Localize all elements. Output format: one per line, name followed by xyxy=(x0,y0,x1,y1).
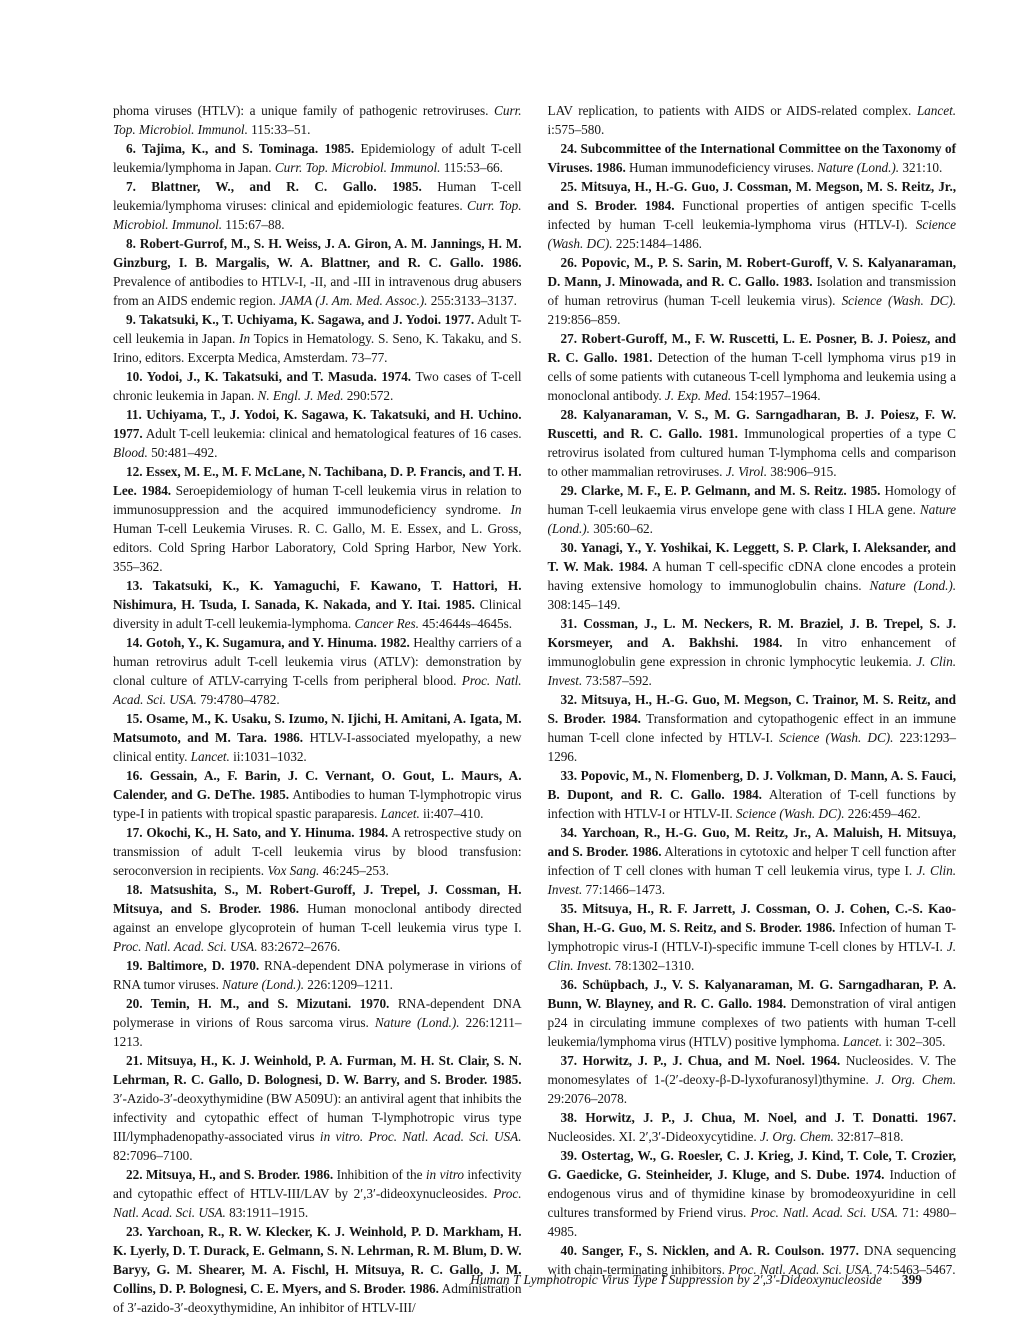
reference-authors-year: 6. Tajima, K., and S. Tominaga. 1985. xyxy=(126,141,354,156)
reference-authors-year: 40. Sanger, F., S. Nicklen, and A. R. Co… xyxy=(561,1243,859,1258)
reference-journal-or-emphasis: In xyxy=(511,502,522,517)
reference-item: 28. Kalyanaraman, V. S., M. G. Sarngadha… xyxy=(548,405,957,481)
reference-item: 39. Ostertag, W., G. Roesler, C. J. Krie… xyxy=(548,1146,957,1241)
reference-authors-year: 20. Temin, H. M., and S. Mizutani. 1970. xyxy=(126,996,389,1011)
reference-item: 26. Popovic, M., P. S. Sarin, M. Robert-… xyxy=(548,253,957,329)
reference-text: Inhibition of the xyxy=(333,1167,426,1182)
reference-continuation: LAV replication, to patients with AIDS o… xyxy=(548,101,957,139)
reference-authors-year: 21. Mitsuya, H., K. J. Weinhold, P. A. F… xyxy=(113,1053,522,1087)
reference-text: 82:7096–7100. xyxy=(113,1148,193,1163)
reference-authors-year: 22. Mitsuya, H., and S. Broder. 1986. xyxy=(126,1167,333,1182)
reference-journal-or-emphasis: Science (Wash. DC). xyxy=(842,293,956,308)
reference-journal-or-emphasis: Proc. Natl. Acad. Sci. USA. xyxy=(750,1205,898,1220)
reference-item: 36. Schüpbach, J., V. S. Kalyanaraman, M… xyxy=(548,975,957,1051)
reference-text: LAV replication, to patients with AIDS o… xyxy=(548,103,917,118)
reference-journal-or-emphasis: JAMA (J. Am. Med. Assoc.). xyxy=(279,293,427,308)
reference-item: 29. Clarke, M. F., E. P. Gelmann, and M.… xyxy=(548,481,957,538)
reference-authors-year: 9. Takatsuki, K., T. Uchiyama, K. Sagawa… xyxy=(126,312,474,327)
reference-item: 20. Temin, H. M., and S. Mizutani. 1970.… xyxy=(113,994,522,1051)
reference-item: 34. Yarchoan, R., H.-G. Guo, M. Reitz, J… xyxy=(548,823,957,899)
reference-text: ii:407–410. xyxy=(420,806,484,821)
running-title: Human T Lymphotropic Virus Type I Suppre… xyxy=(470,1271,882,1289)
reference-authors-year: 8. Robert-Gurrof, M., S. H. Weiss, J. A.… xyxy=(113,236,522,270)
reference-text: Seroepidemiology of human T-cell leukemi… xyxy=(113,483,522,517)
reference-text: 78:1302–1310. xyxy=(611,958,694,973)
reference-journal-or-emphasis: J. Org. Chem. xyxy=(760,1129,834,1144)
reference-item: 37. Horwitz, J. P., J. Chua, and M. Noel… xyxy=(548,1051,957,1108)
reference-text: i: 302–305. xyxy=(882,1034,945,1049)
page-footer: Human T Lymphotropic Virus Type I Suppre… xyxy=(113,1271,922,1289)
reference-item: 35. Mitsuya, H., R. F. Jarrett, J. Cossm… xyxy=(548,899,957,975)
reference-columns: phoma viruses (HTLV): a unique family of… xyxy=(113,101,956,1317)
reference-item: 33. Popovic, M., N. Flomenberg, D. J. Vo… xyxy=(548,766,957,823)
reference-journal-or-emphasis: In xyxy=(239,331,250,346)
reference-journal-or-emphasis: Vox Sang. xyxy=(267,863,319,878)
reference-journal-or-emphasis: Lancet. xyxy=(191,749,230,764)
reference-text: 73:587–592. xyxy=(582,673,652,688)
reference-text: 321:10. xyxy=(899,160,942,175)
reference-journal-or-emphasis: Lancet. xyxy=(917,103,956,118)
reference-authors-year: 17. Okochi, K., H. Sato, and Y. Hinuma. … xyxy=(126,825,388,840)
reference-authors-year: 19. Baltimore, D. 1970. xyxy=(126,958,259,973)
references-page: phoma viruses (HTLV): a unique family of… xyxy=(113,101,956,1317)
reference-item: 11. Uchiyama, T., J. Yodoi, K. Sagawa, K… xyxy=(113,405,522,462)
reference-text: 45:4644s–4645s. xyxy=(419,616,512,631)
reference-journal-or-emphasis: Science (Wash. DC). xyxy=(779,730,893,745)
reference-item: 18. Matsushita, S., M. Robert-Guroff, J.… xyxy=(113,880,522,956)
reference-text: i:575–580. xyxy=(548,122,605,137)
reference-journal-or-emphasis: Nature (Lond.). xyxy=(222,977,304,992)
reference-item: 23. Yarchoan, R., R. W. Klecker, K. J. W… xyxy=(113,1222,522,1317)
reference-item: 30. Yanagi, Y., Y. Yoshikai, K. Leggett,… xyxy=(548,538,957,614)
reference-text: 29:2076–2078. xyxy=(548,1091,628,1106)
reference-text: 226:459–462. xyxy=(845,806,921,821)
reference-journal-or-emphasis: J. Virol. xyxy=(726,464,767,479)
reference-journal-or-emphasis: Lancet. xyxy=(843,1034,882,1049)
reference-item: 15. Osame, M., K. Usaku, S. Izumo, N. Ij… xyxy=(113,709,522,766)
reference-text: 226:1209–1211. xyxy=(304,977,393,992)
reference-item: 31. Cossman, J., L. M. Neckers, R. M. Br… xyxy=(548,614,957,690)
reference-text: 115:67–88. xyxy=(222,217,285,232)
reference-text: ii:1031–1032. xyxy=(230,749,307,764)
left-column: phoma viruses (HTLV): a unique family of… xyxy=(113,101,522,1317)
reference-item: 6. Tajima, K., and S. Tominaga. 1985. Ep… xyxy=(113,139,522,177)
reference-text: 290:572. xyxy=(343,388,393,403)
reference-item: 16. Gessain, A., F. Barin, J. C. Vernant… xyxy=(113,766,522,823)
reference-text: Nucleosides. XI. 2′,3′-Dideoxycytidine. xyxy=(548,1129,760,1144)
reference-item: 19. Baltimore, D. 1970. RNA-dependent DN… xyxy=(113,956,522,994)
reference-item: 8. Robert-Gurrof, M., S. H. Weiss, J. A.… xyxy=(113,234,522,310)
reference-item: 24. Subcommittee of the International Co… xyxy=(548,139,957,177)
reference-journal-or-emphasis: J. Org. Chem. xyxy=(875,1072,956,1087)
reference-item: 9. Takatsuki, K., T. Uchiyama, K. Sagawa… xyxy=(113,310,522,367)
reference-text: 219:856–859. xyxy=(548,312,621,327)
reference-item: 25. Mitsuya, H., H.-G. Guo, J. Cossman, … xyxy=(548,177,957,253)
reference-text: phoma viruses (HTLV): a unique family of… xyxy=(113,103,494,118)
reference-text: 50:481–492. xyxy=(148,445,218,460)
reference-item: 7. Blattner, W., and R. C. Gallo. 1985. … xyxy=(113,177,522,234)
reference-item: 21. Mitsuya, H., K. J. Weinhold, P. A. F… xyxy=(113,1051,522,1165)
page-number: 399 xyxy=(902,1271,922,1289)
reference-text: Human immunodeficiency viruses. xyxy=(626,160,817,175)
reference-text: 83:1911–1915. xyxy=(226,1205,308,1220)
reference-text: 83:2672–2676. xyxy=(258,939,341,954)
reference-journal-or-emphasis: Nature (Lond.). xyxy=(375,1015,460,1030)
reference-continuation: phoma viruses (HTLV): a unique family of… xyxy=(113,101,522,139)
reference-journal-or-emphasis: Proc. Natl. Acad. Sci. USA. xyxy=(113,939,258,954)
reference-text: 79:4780–4782. xyxy=(197,692,280,707)
reference-authors-year: 38. Horwitz, J. P., J. Chua, M. Noel, an… xyxy=(561,1110,957,1125)
reference-journal-or-emphasis: Blood. xyxy=(113,445,148,460)
reference-text: 38:906–915. xyxy=(767,464,837,479)
reference-authors-year: 7. Blattner, W., and R. C. Gallo. 1985. xyxy=(126,179,422,194)
right-column: LAV replication, to patients with AIDS o… xyxy=(548,101,957,1279)
reference-authors-year: 14. Gotoh, Y., K. Sugamura, and Y. Hinum… xyxy=(126,635,410,650)
reference-journal-or-emphasis: in vitro xyxy=(426,1167,464,1182)
reference-item: 27. Robert-Guroff, M., F. W. Ruscetti, L… xyxy=(548,329,957,405)
reference-item: 10. Yodoi, J., K. Takatsuki, and T. Masu… xyxy=(113,367,522,405)
reference-text: 77:1466–1473. xyxy=(582,882,665,897)
reference-item: 13. Takatsuki, K., K. Yamaguchi, F. Kawa… xyxy=(113,576,522,633)
reference-text: 154:1957–1964. xyxy=(731,388,820,403)
reference-authors-year: 13. Takatsuki, K., K. Yamaguchi, F. Kawa… xyxy=(113,578,522,612)
reference-journal-or-emphasis: Science (Wash. DC). xyxy=(736,806,845,821)
reference-text: 225:1484–1486. xyxy=(613,236,702,251)
reference-text: 308:145–149. xyxy=(548,597,621,612)
reference-journal-or-emphasis: Lancet. xyxy=(381,806,420,821)
reference-authors-year: 29. Clarke, M. F., E. P. Gelmann, and M.… xyxy=(561,483,881,498)
reference-journal-or-emphasis: Curr. Top. Microbiol. Immunol. xyxy=(275,160,441,175)
reference-item: 17. Okochi, K., H. Sato, and Y. Hinuma. … xyxy=(113,823,522,880)
reference-journal-or-emphasis: J. Exp. Med. xyxy=(665,388,731,403)
reference-text: 115:33–51. xyxy=(248,122,311,137)
reference-authors-year: 37. Horwitz, J. P., J. Chua, and M. Noel… xyxy=(561,1053,841,1068)
reference-item: 12. Essex, M. E., M. F. McLane, N. Tachi… xyxy=(113,462,522,576)
reference-text: 305:60–62. xyxy=(590,521,653,536)
reference-text: 32:817–818. xyxy=(834,1129,904,1144)
reference-text: 255:3133–3137. xyxy=(427,293,516,308)
reference-journal-or-emphasis: N. Engl. J. Med. xyxy=(258,388,344,403)
reference-item: 22. Mitsuya, H., and S. Broder. 1986. In… xyxy=(113,1165,522,1222)
reference-text: Adult T-cell leukemia: clinical and hema… xyxy=(143,426,522,441)
reference-journal-or-emphasis: Cancer Res. xyxy=(354,616,418,631)
reference-authors-year: 10. Yodoi, J., K. Takatsuki, and T. Masu… xyxy=(126,369,411,384)
reference-text: Human T-cell Leukemia Viruses. R. C. Gal… xyxy=(113,521,522,574)
reference-journal-or-emphasis: Nature (Lond.). xyxy=(869,578,956,593)
reference-text: 115:53–66. xyxy=(440,160,503,175)
reference-journal-or-emphasis: in vitro. Proc. Natl. Acad. Sci. USA. xyxy=(320,1129,522,1144)
reference-item: 32. Mitsuya, H., H.-G. Guo, M. Megson, C… xyxy=(548,690,957,766)
reference-journal-or-emphasis: Nature (Lond.). xyxy=(817,160,899,175)
reference-item: 38. Horwitz, J. P., J. Chua, M. Noel, an… xyxy=(548,1108,957,1146)
reference-text: 46:245–253. xyxy=(319,863,389,878)
reference-item: 14. Gotoh, Y., K. Sugamura, and Y. Hinum… xyxy=(113,633,522,709)
